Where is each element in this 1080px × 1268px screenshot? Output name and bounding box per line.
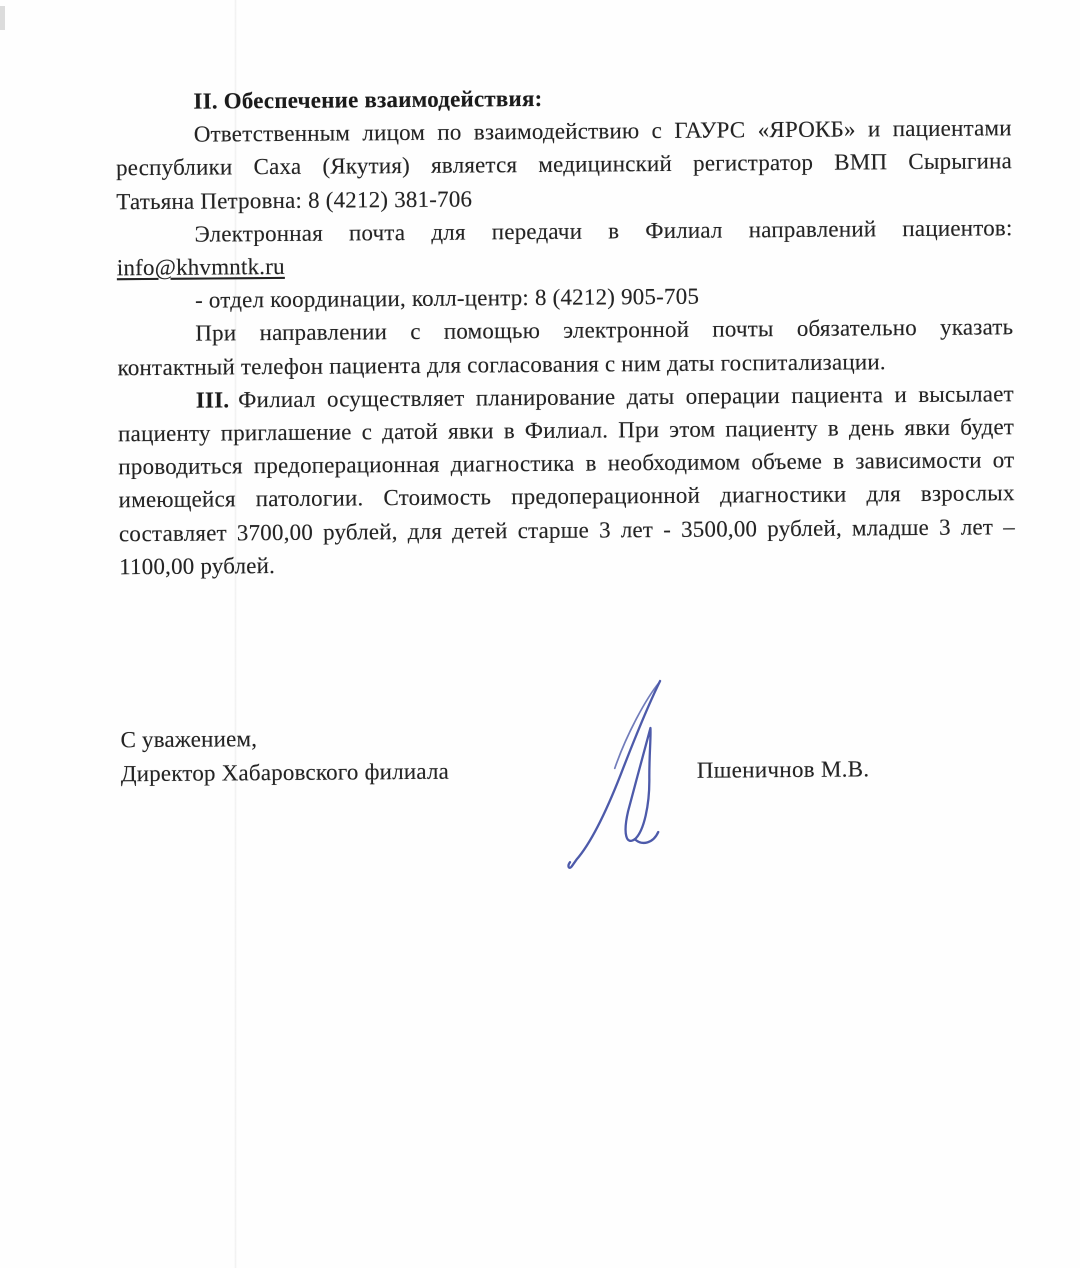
paragraph-line: республики Саха (Якутия) является медици… bbox=[116, 145, 1012, 185]
paragraph-line: составляет 3700,00 рублей, для детей ста… bbox=[119, 510, 1015, 550]
paragraph-line: Электронная почта для передачи в Филиал … bbox=[116, 211, 1012, 251]
paragraph-text: Филиал осуществляет планирование даты оп… bbox=[238, 381, 1014, 412]
paragraph-line: 1100,00 рублей. bbox=[119, 543, 1015, 583]
closing-block: С уважением, Директор Хабаровского филиа… bbox=[120, 721, 449, 791]
closing-signer-title: Директор Хабаровского филиала bbox=[121, 754, 450, 790]
section-number-iii: III. bbox=[196, 387, 230, 412]
signer-name: Пшеничнов М.В. bbox=[697, 756, 870, 783]
closing-regards: С уважением, bbox=[120, 721, 449, 757]
scanned-letter-page: II. Обеспечение взаимодействия: Ответств… bbox=[0, 0, 1080, 1268]
document-content: II. Обеспечение взаимодействия: Ответств… bbox=[0, 0, 1080, 1268]
handwritten-signature bbox=[542, 654, 694, 887]
letter-body: II. Обеспечение взаимодействия: Ответств… bbox=[115, 78, 1015, 583]
email-link[interactable]: info@khvmntk.ru bbox=[117, 254, 285, 280]
